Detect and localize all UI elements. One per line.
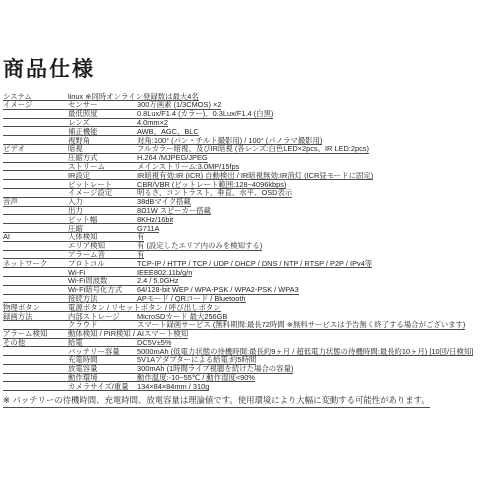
label-cell: イメージ設定 (68, 189, 137, 196)
category-cell: イメージ (3, 101, 68, 108)
label-cell: 視野角 (68, 137, 137, 144)
value-cell: IEEE802.11b/g/n (137, 269, 192, 276)
label-cell: 放電容量 (68, 365, 137, 372)
page-title: 商品仕様 (3, 57, 499, 82)
value-cell: APモード / QRコード / Bluetooth (137, 295, 246, 302)
table-row: エリア検知有 (設定したエリア内のみを検知する) (3, 242, 262, 251)
spec-sheet: 商品仕様 システムlinux ※同時オンライン登録数は最大4名イメージセンサー3… (3, 57, 499, 408)
label-cell: アラーム音 (68, 251, 137, 258)
label-cell: 出力 (68, 207, 137, 214)
footnote: ※ バッテリーの待機時間、充電時間、放電容量は理論値です。使用環境により大幅に変… (3, 396, 430, 407)
label-cell: カメラサイズ/重量 (68, 383, 137, 390)
category-cell: AI (3, 233, 68, 240)
value-cell: スマート録画サービス (無料期間:最長72時間 ※無料サービスは予告無く終了する… (137, 321, 465, 328)
label-cell: プロトコル (68, 260, 137, 267)
label-cell: 圧縮方式 (68, 154, 137, 161)
value-cell: 300mAh (1時間ライブ視聴を続けた場合の容量) (137, 365, 293, 372)
value-cell: 動作温度:-10~55℃ / 動作湿度<90% (137, 374, 255, 381)
table-row: 物理ボタン電源ボタン / リセットボタン / 呼び出しボタン (3, 303, 221, 312)
label-cell: センサー (68, 101, 137, 108)
label-cell: 入力 (68, 198, 137, 205)
label-cell: Wi-Fi (68, 269, 137, 276)
label-cell: 圧縮 (68, 225, 137, 232)
value-cell: 64/128-bit WEP / WPA-PSK / WPA2-PSK / WP… (137, 286, 299, 293)
label-cell: 暗視 (68, 145, 137, 152)
value-cell: 2.4 / 5.0GHz (137, 277, 179, 284)
value-cell: 有 (設定したエリア内のみを検知する) (137, 242, 262, 249)
value-cell: 5000mAh (低電力状態の待機時間:最長約9ヶ月 / 超低電力状態の待機時間… (137, 348, 473, 355)
spec-table: システムlinux ※同時オンライン登録数は最大4名イメージセンサー300万画素… (3, 92, 499, 391)
label-cell: 動体検知 / PIR検知 / AIスマート検知 (68, 330, 188, 337)
value-cell: IR暗視有効:IR (ICR) 自動検出 / IR暗視無効:IR消灯 (ICR昼… (137, 172, 373, 179)
label-cell: 接続方法 (68, 295, 137, 302)
value-cell: 0.8Lux/F1.4 (カラー)、0.3Lux/F1.4 (白黒) (137, 110, 273, 117)
label-cell: IR設定 (68, 172, 137, 179)
label-cell: クラウド (68, 321, 137, 328)
category-cell: ネットワーク (3, 260, 68, 267)
label-cell: 補正機能 (68, 128, 137, 135)
category-cell: アラーム検知 (3, 330, 68, 337)
value-cell: 明るさ、コントラスト、垂直、水平、OSD表示 (137, 189, 292, 196)
table-row: その他給電DC5V±5% (3, 339, 171, 348)
table-row: 出力8Ω1W スピーカー搭載 (3, 207, 211, 216)
label-cell: ビットレート (68, 181, 137, 188)
label-cell: 最低照度 (68, 110, 137, 117)
value-cell: 対角:100° (パン・チルト撮影用) / 100° (パノラマ撮影用) (137, 137, 322, 144)
label-cell: Wi-Fi暗号化方式 (68, 286, 137, 293)
label-cell: レンズ (68, 119, 137, 126)
value-cell: 8KHz/16bit (137, 216, 173, 223)
label-cell: 電源ボタン / リセットボタン / 呼び出しボタン (68, 304, 221, 311)
label-cell: 動作環境 (68, 374, 137, 381)
value-cell: MicroSDカード 最大256GB (137, 313, 227, 320)
label-cell: linux ※同時オンライン登録数は最大4名 (68, 93, 199, 100)
value-cell: 有 (137, 233, 144, 240)
label-cell: Wi-Fi周波数 (68, 277, 137, 284)
value-cell: メインストリーム:3.0MP/15fps (137, 163, 239, 170)
table-row: カメラサイズ/重量134×84×84mm / 310g (3, 382, 209, 391)
value-cell: 300万画素 (1/3CMOS) ×2 (137, 101, 221, 108)
value-cell: フルカラー暗視、及びIR暗視 (各レンズ:白色LED×2pcs、IR LED:2… (137, 145, 369, 152)
label-cell: 人体検知 (68, 233, 137, 240)
value-cell: AWB、AGC、BLC (137, 128, 199, 135)
value-cell: DC5V±5% (137, 339, 171, 346)
label-cell: 充電時間 (68, 356, 137, 363)
value-cell: 134×84×84mm / 310g (137, 383, 209, 390)
label-cell: エリア検知 (68, 242, 137, 249)
category-cell: 物理ボタン (3, 304, 68, 311)
table-row: 接続方法APモード / QRコード / Bluetooth (3, 295, 246, 304)
value-cell: G711A (137, 225, 159, 232)
label-cell: ビット幅 (68, 216, 137, 223)
value-cell: TCP-IP / HTTP / TCP / UDP / DHCP / DNS /… (137, 260, 372, 267)
value-cell: 8Ω1W スピーカー搭載 (137, 207, 211, 214)
label-cell: 給電 (68, 339, 137, 346)
category-cell: 録画方法 (3, 313, 68, 320)
category-cell: その他 (3, 339, 68, 346)
value-cell: H.264 /MJPEG/JPEG (137, 154, 208, 161)
value-cell: 有 (137, 251, 144, 258)
label-cell: 内部ストレージ (68, 313, 137, 320)
table-row: ネットワークプロトコルTCP-IP / HTTP / TCP / UDP / D… (3, 259, 372, 268)
table-row: 補正機能AWB、AGC、BLC (3, 127, 199, 136)
label-cell: ストリーム (68, 163, 137, 170)
value-cell: 5V1Aアダプターによる給電:約5時間 (137, 356, 256, 363)
value-cell: CBR/VBR (ビットレート範囲:128~4096kbps) (137, 181, 286, 188)
category-cell: ビデオ (3, 145, 68, 152)
table-row: アラーム音有 (3, 251, 144, 260)
value-cell: 38dBマイク搭載 (137, 198, 191, 205)
table-row: ビット幅8KHz/16bit (3, 215, 173, 224)
table-row: IR設定IR暗視有効:IR (ICR) 自動検出 / IR暗視無効:IR消灯 (… (3, 171, 373, 180)
label-cell: バッテリー容量 (68, 348, 137, 355)
value-cell: 4.0mm×2 (137, 119, 168, 126)
category-cell: 音声 (3, 198, 68, 205)
category-cell: システム (3, 93, 68, 100)
